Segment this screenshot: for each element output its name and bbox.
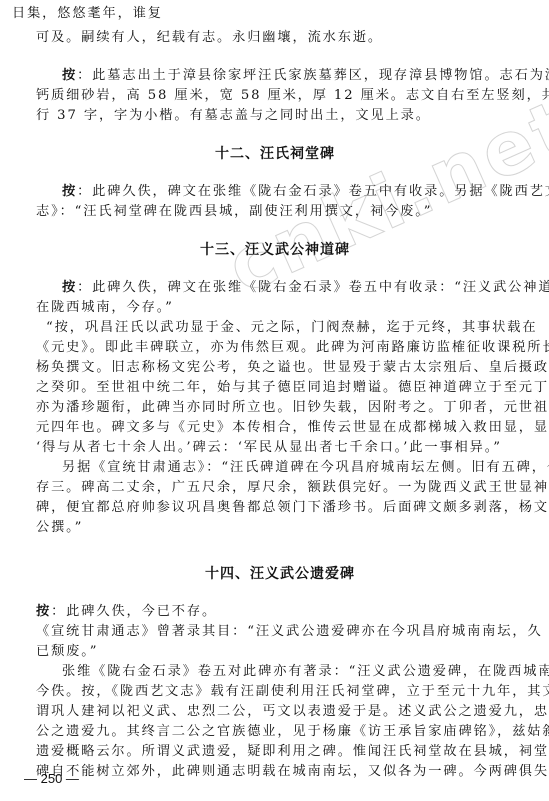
section-paragraph-line: 元四年也。碑文多与《元史》本传相合，惟传云世显在成都梯城入救田显，显 [36,420,549,436]
section-heading: 十二、汪氏祠堂碑 [215,145,335,163]
note-lead: 按 [62,280,77,295]
section-paragraph-line: 张维《陇右金石录》卷五对此碑亦有著录：“汪义武公遗爱碑，在陇西城南， [62,664,549,680]
verse-line: 可及。嗣续有人，纪载有志。永归幽壤，流水东逝。 [36,30,383,46]
section-paragraph-line: 碑，便宜都总府帅参议巩昌奥鲁都总领门下潘珍书。后面碑文颇多剥落，杨文宪 [36,500,549,516]
section-paragraph-line: 《元史》。即此丰碑联立，亦为伟然巨观。此碑为河南路廉访监榷征收课税所长官 [36,340,549,356]
section-paragraph-line: 碑自不能树立郊外，此碑则通志明载在城南南坛，又似各为一碑。今两碑俱失，姑 [36,764,549,780]
section-paragraph-line: 在陇西城南，今存。” [36,300,174,316]
note-paragraph-line: 行 37 字，字为小楷。有墓志盖与之同时出土，文见上录。 [36,108,431,124]
section-heading: 十四、汪义武公遗爱碑 [205,565,355,583]
section-paragraph-line: 谓巩人建祠以祀义武、忠烈二公，丐文以表遗爱于是。述义武公之遗爱九，忠烈 [36,704,549,720]
section-paragraph-line: 遗爱概略云尔。所谓义武遗爱，疑即利用之碑。惟闻汪氏祠堂故在县城，祠堂之 [36,744,549,760]
section-paragraph-line: ‘得与从者七十余人出。’碑云：‘军民从显出者七千余口。’此一事相异。” [36,440,502,456]
section-paragraph-line: 已颓废。” [36,644,98,660]
note-lead: 按 [62,68,77,83]
document-page: 日集，悠悠耄年，谁复 可及。嗣续有人，纪载有志。永归幽壤，流水东逝。 按：此墓志… [0,0,549,801]
note-paragraph-line: 按：此墓志出土于漳县徐家坪汪氏家族墓葬区，现存漳县博物馆。志石为泥 [62,68,549,84]
note-lead: 按 [62,184,77,199]
section-paragraph-line: 公撰。” [36,520,83,536]
section-paragraph-line: 按：此碑久佚，碑文在张维《陇右金石录》卷五中有收录：“汪义武公神道碑 [62,280,549,296]
note-paragraph-line: 钙质细砂岩，高 58 厘米，宽 58 厘米，厚 12 厘米。志文自右至左竖刻，共… [36,88,549,104]
section-paragraph-line: 今佚。按，《陇西艺文志》载有汪副使利用汪氏祠堂碑，立于至元十九年，其文略 [36,684,549,700]
section-paragraph-line: 按：此碑久佚，今已不存。 [36,604,217,620]
note-lead: 按 [36,604,51,619]
section-paragraph-line: 另据《宣统甘肃通志》：“汪氏碑道碑在今巩昌府城南坛左侧。旧有五碑，今 [62,460,549,476]
section-paragraph-line: 公之遗爱九。其终言二公之官族德业，见于杨廉《访王承旨家庙碑铭》，兹姑叙其 [36,724,549,740]
section-paragraph-line: 杨奂撰文。旧志称杨文宪公考，奂之谥也。世显殁于蒙古太宗殂后、皇后摄政时 [36,360,549,376]
section-paragraph-line: 之癸卯。至世祖中统二年，始与其子德臣同追封赠谥。德臣神道碑立于至元丁卯， [36,380,549,396]
section-paragraph-line: 《宣统甘肃通志》曾著录其目：“汪义武公遗爱碑亦在今巩昌府城南南坛，久 [36,624,543,640]
section-paragraph-line: 按：此碑久佚，碑文在张维《陇右金石录》卷五中有收录。另据《陇西艺文 [62,184,549,200]
page-number: — 250 — [24,771,79,787]
verse-line: 日集，悠悠耄年，谁复 [12,6,163,22]
section-paragraph-line: “按，巩昌汪氏以武功显于金、元之际，门阀焘赫，迄于元终，其事状载在 [46,320,537,336]
section-paragraph-line: 存三。碑高二丈余，广五尺余，厚尺余，额趺俱完好。一为陇西义武王世显神道 [36,480,549,496]
section-paragraph-line: 亦为潘珍题衔，此碑当亦同时所立也。旧钞失载，因附考之。丁卯者，元世祖至 [36,400,549,416]
section-paragraph-line: 志》：“汪氏祠堂碑在陇西县城，副使汪利用撰文，祠今废。” [36,204,432,220]
section-heading: 十三、汪义武公神道碑 [200,241,350,259]
